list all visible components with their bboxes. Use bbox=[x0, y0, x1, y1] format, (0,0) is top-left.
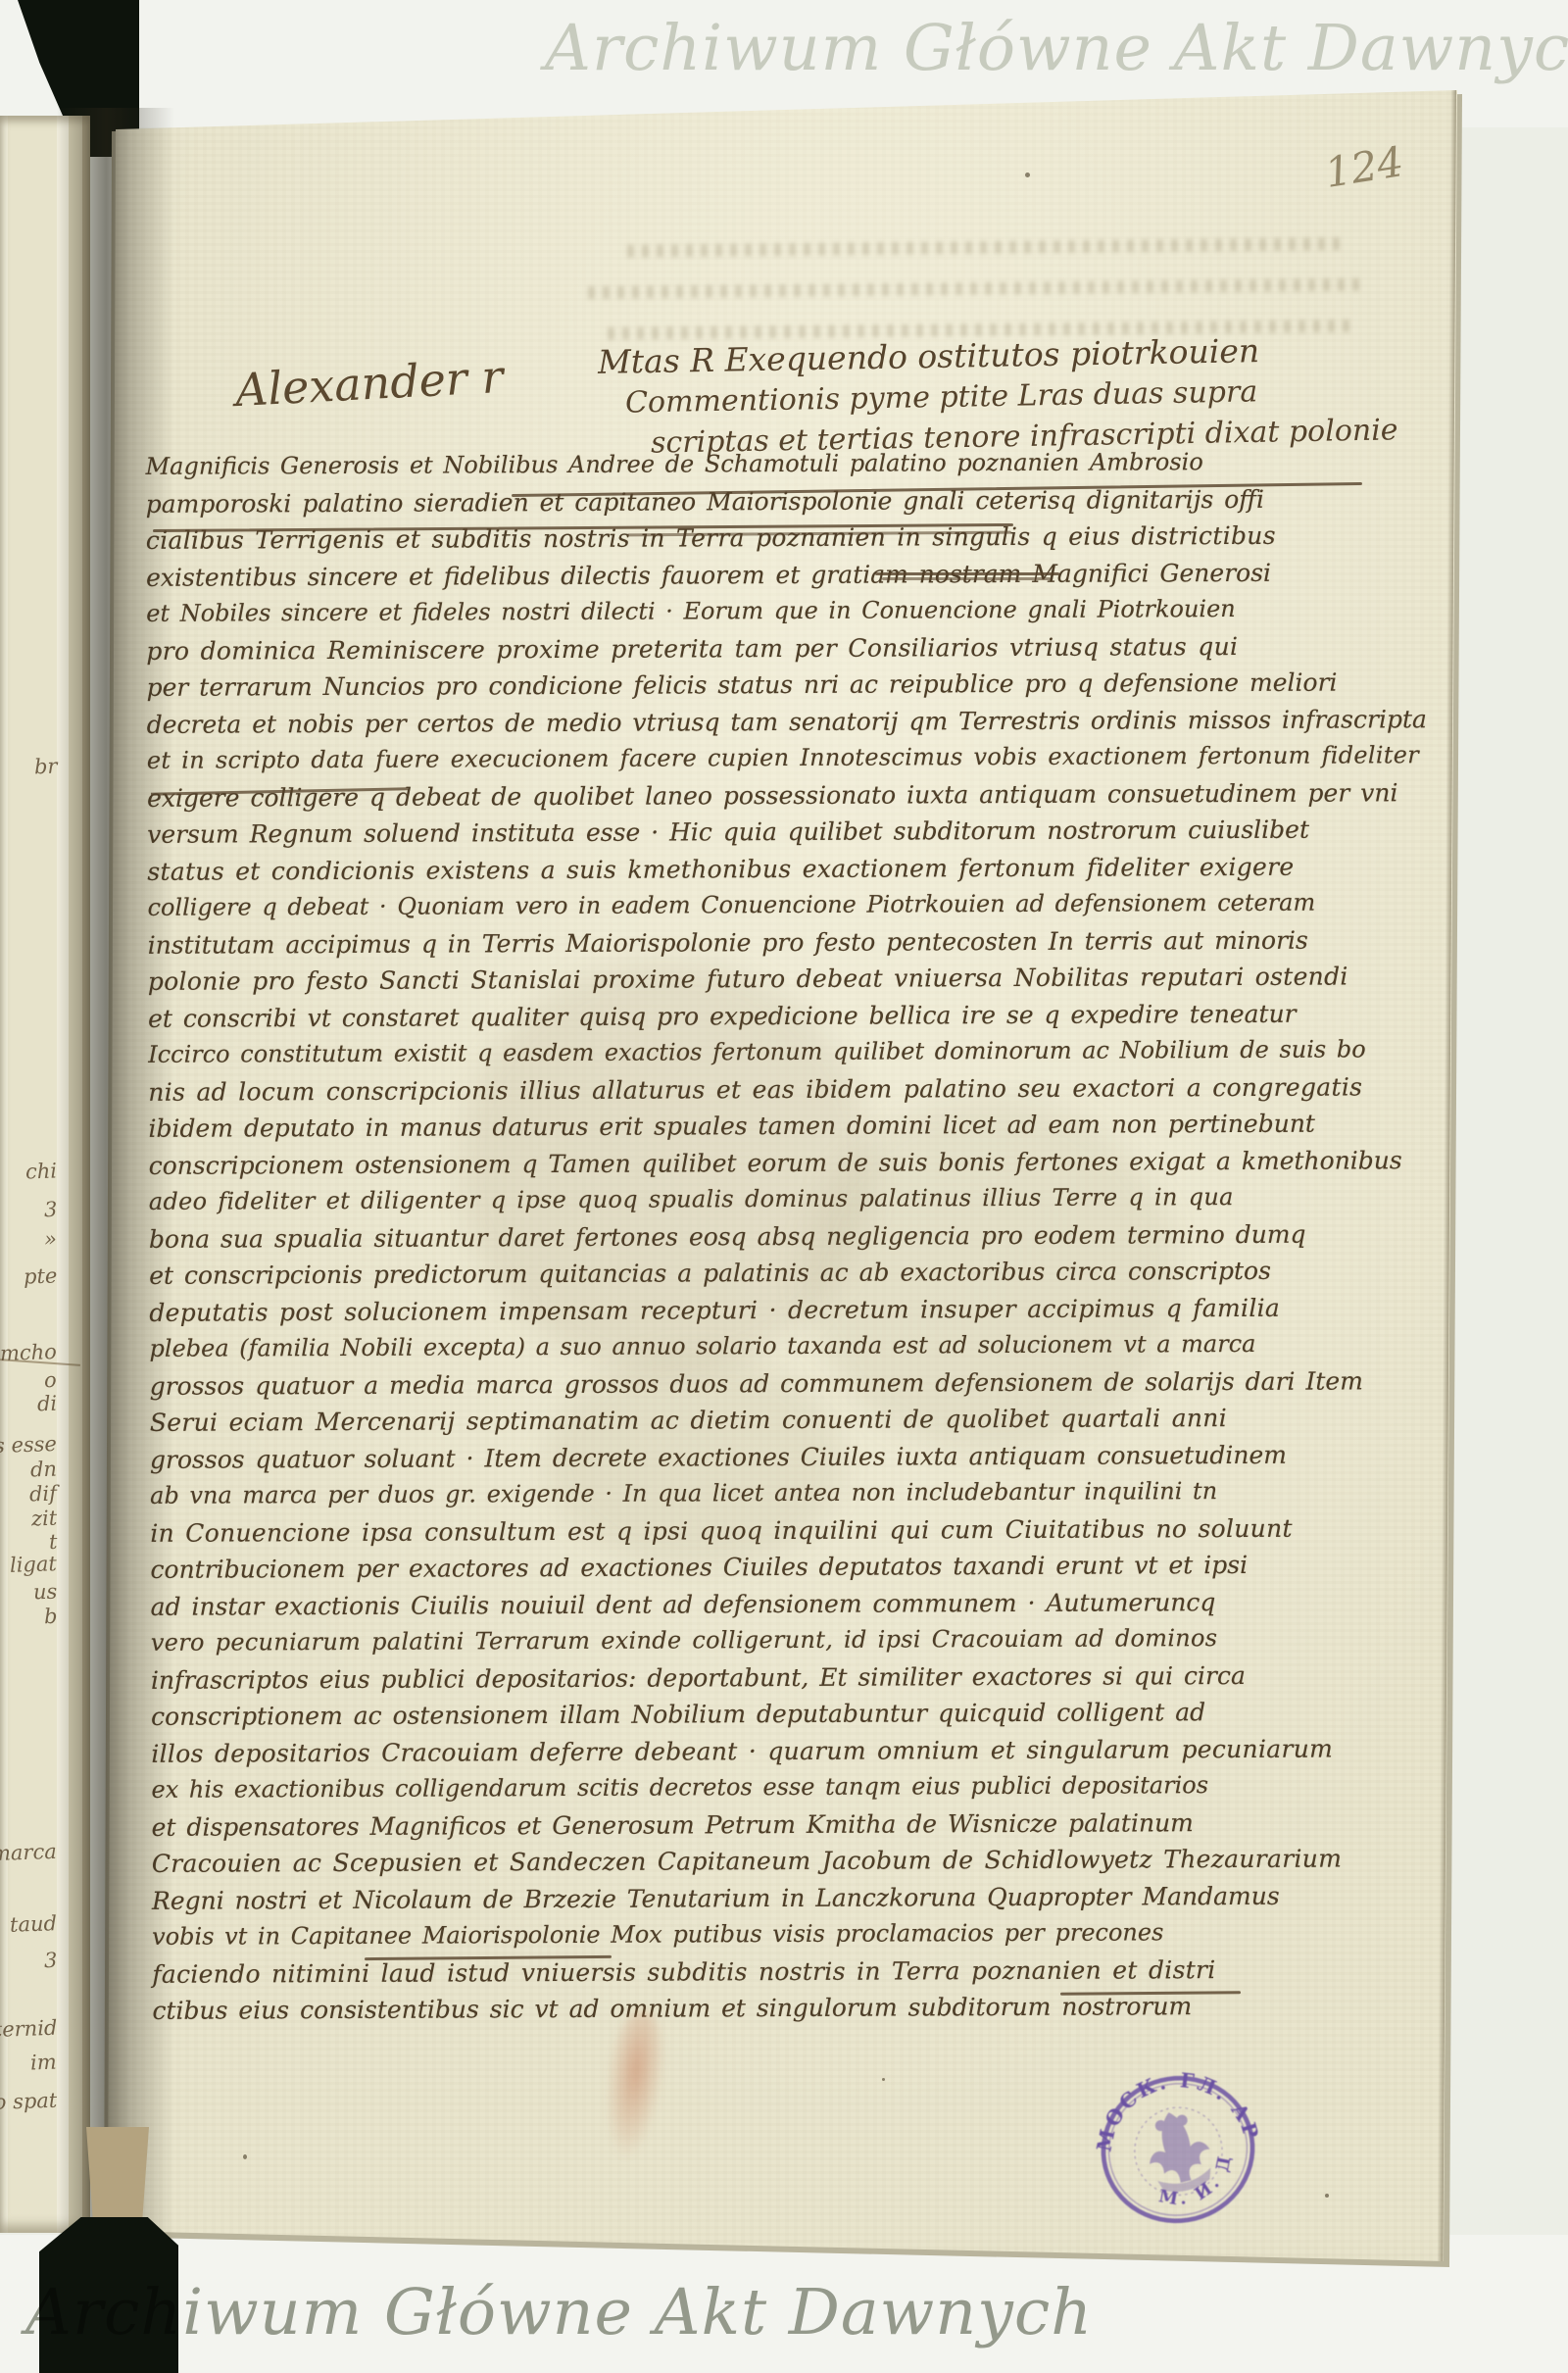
manuscript-line: adeo fideliter et diligenter q ipse quoq… bbox=[149, 1178, 1423, 1220]
page-gutter-shadow bbox=[57, 108, 174, 2264]
archive-stamp: МОСК. ГЛ. АРХ. М. И. Д. bbox=[1064, 2039, 1291, 2261]
royal-title-line: Commentionis pyme ptite Lras duas supra bbox=[625, 374, 1258, 420]
page-top-edge bbox=[110, 82, 1462, 127]
manuscript-line: pro dominica Reminiscere proxime preteri… bbox=[146, 627, 1420, 669]
manuscript-line: exigere colligere q debeat de quolibet l… bbox=[147, 774, 1421, 816]
manuscript-line: deputatis post solucionem impensam recep… bbox=[149, 1289, 1423, 1331]
manuscript-line: bona sua spualia situantur daret fertone… bbox=[149, 1215, 1423, 1258]
manuscript-line: conscriptionem ac ostensionem illam Nobi… bbox=[151, 1693, 1425, 1735]
manuscript-line: et in scripto data fuere execucionem fac… bbox=[147, 737, 1421, 779]
manuscript-line: ab vna marca per duos gr. exigende · In … bbox=[150, 1472, 1424, 1514]
manuscript-line: institutam accipimus q in Terris Maioris… bbox=[148, 921, 1422, 964]
folio-number: 124 bbox=[1322, 137, 1407, 197]
manuscript-line: nis ad locum conscripcionis illius allat… bbox=[148, 1068, 1422, 1111]
paper-speck bbox=[1025, 173, 1030, 177]
manuscript-line: Iccirco constitutum existit q easdem exa… bbox=[148, 1031, 1422, 1073]
manuscript-line: et Nobiles sincere et fideles nostri dil… bbox=[146, 590, 1420, 632]
manuscript-line: ad instar exactionis Ciuilis nouiuil den… bbox=[151, 1583, 1425, 1625]
archival-scan: brchi3»ptemchoodis essedndifzittligatusb… bbox=[0, 0, 1568, 2373]
manuscript-body: Magnificis Generosis et Nobilibus Andree… bbox=[145, 443, 1426, 2029]
manuscript-line: conscripcionem ostensionem q Tamen quili… bbox=[149, 1142, 1423, 1184]
manuscript-line: Serui eciam Mercenarij septimanatim ac d… bbox=[150, 1399, 1424, 1441]
manuscript-line: vero pecuniarum palatini Terrarum exinde… bbox=[151, 1619, 1425, 1661]
watermark-top: Archiwum Główne Akt Dawnych bbox=[545, 12, 1568, 85]
manuscript-line: faciendo nitimini laud istud vniuersis s… bbox=[152, 1951, 1426, 1993]
paper-speck bbox=[882, 2078, 885, 2081]
gutter-bottom-paper bbox=[86, 2127, 149, 2233]
manuscript-line: colligere q debeat · Quoniam vero in ead… bbox=[147, 884, 1421, 926]
manuscript-line: plebea (familia Nobili excepta) a suo an… bbox=[149, 1325, 1423, 1367]
manuscript-line: status et condicionis existens a suis km… bbox=[147, 848, 1421, 890]
manuscript-page: 124 Alexander r Mtas R Exequendo ostitut… bbox=[0, 0, 1568, 2373]
manuscript-line: existentibus sincere et fidelibus dilect… bbox=[146, 554, 1420, 596]
bleedthrough-line bbox=[627, 237, 1343, 258]
manuscript-line: et conscripcionis predictorum quitancias… bbox=[149, 1252, 1423, 1294]
paper-speck bbox=[243, 2154, 247, 2159]
manuscript-line: et conscribi vt constaret qualiter quisq… bbox=[148, 995, 1422, 1037]
manuscript-line: grossos quatuor soluant · Item decrete e… bbox=[150, 1436, 1424, 1478]
manuscript-line: ibidem deputato in manus daturus erit sp… bbox=[148, 1105, 1422, 1147]
manuscript-line: Magnificis Generosis et Nobilibus Andree… bbox=[145, 443, 1419, 485]
bleedthrough-line bbox=[588, 278, 1362, 299]
manuscript-line: ex his exactionibus colligendarum scitis… bbox=[151, 1766, 1425, 1808]
ink-underline bbox=[882, 577, 1051, 580]
manuscript-line: infrascriptos eius publici depositarios:… bbox=[151, 1656, 1425, 1699]
red-stain bbox=[597, 2006, 671, 2164]
manuscript-line: Cracouien ac Scepusien et Sandeczen Capi… bbox=[152, 1840, 1426, 1882]
manuscript-line: versum Regnum soluend instituta esse · H… bbox=[147, 811, 1421, 853]
ink-underline bbox=[875, 572, 1059, 575]
manuscript-line: cialibus Terrigenis et subditis nostris … bbox=[146, 517, 1420, 559]
manuscript-line: vobis vt in Capitanee Maiorispolonie Mox… bbox=[152, 1913, 1426, 1955]
manuscript-line: polonie pro festo Sancti Stanislai proxi… bbox=[148, 958, 1422, 1000]
manuscript-line: decreta et nobis per certos de medio vtr… bbox=[147, 701, 1421, 743]
manuscript-line: contribucionem per exactores ad exaction… bbox=[150, 1546, 1424, 1588]
manuscript-line: illos depositarios Cracouiam deferre deb… bbox=[151, 1730, 1425, 1772]
watermark-bottom: Archiwum Główne Akt Dawnych bbox=[25, 2276, 1093, 2349]
paper-speck bbox=[1325, 2194, 1329, 2198]
manuscript-line: per terrarum Nuncios pro condicione feli… bbox=[146, 664, 1420, 706]
manuscript-line: Regni nostri et Nicolaum de Brzezie Tenu… bbox=[152, 1877, 1426, 1919]
manuscript-line: in Conuencione ipsa consultum est q ipsi… bbox=[150, 1509, 1424, 1552]
margin-note-alexander: Alexander r bbox=[234, 350, 505, 417]
manuscript-line: grossos quatuor a media marca grossos du… bbox=[150, 1362, 1424, 1405]
manuscript-line: et dispensatores Magnificos et Generosum… bbox=[152, 1804, 1426, 1846]
